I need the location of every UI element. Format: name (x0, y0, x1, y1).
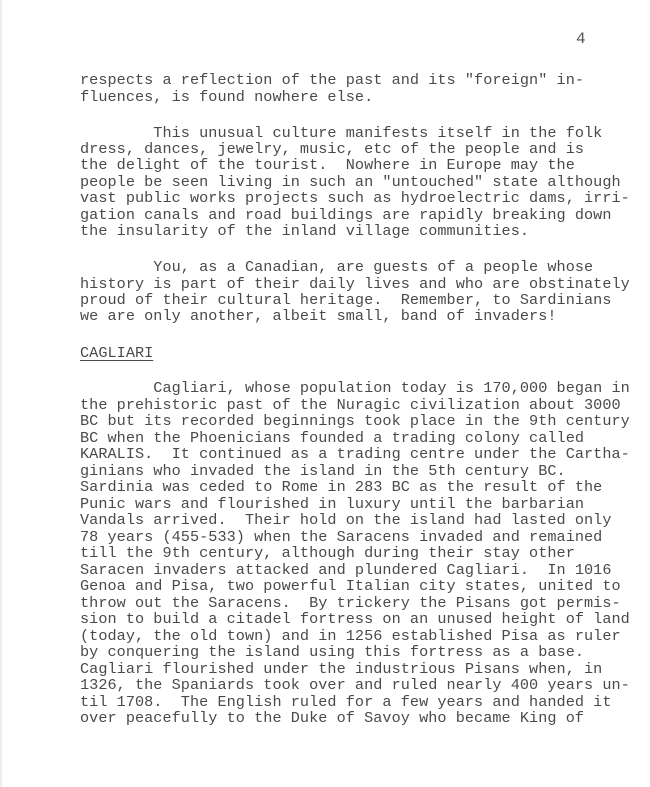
text-line: This unusual culture manifests itself in… (80, 125, 602, 141)
text-line: Saracen invaders attacked and plundered … (80, 562, 612, 578)
text-line: the prehistoric past of the Nuragic civi… (80, 397, 621, 413)
text-line: BC but its recorded beginnings took plac… (80, 413, 630, 429)
text-line: sion to build a citadel fortress on an u… (80, 611, 630, 627)
text-line: by conquering the island using this fort… (80, 644, 584, 660)
text-line: the delight of the tourist. Nowhere in E… (80, 157, 575, 173)
page-edge (0, 0, 3, 787)
text-line: You, as a Canadian, are guests of a peop… (80, 259, 593, 275)
page-number: 4 (576, 30, 586, 48)
text-line: till the 9th century, although during th… (80, 545, 575, 561)
text-line: respects a reflection of the past and it… (80, 72, 584, 88)
text-line: people be seen living in such an "untouc… (80, 174, 621, 190)
text-line: Vandals arrived. Their hold on the islan… (80, 512, 612, 528)
text-line: til 1708. The English ruled for a few ye… (80, 694, 612, 710)
text-line: Cagliari flourished under the industriou… (80, 661, 602, 677)
text-line: Genoa and Pisa, two powerful Italian cit… (80, 578, 621, 594)
text-line: 78 years (455-533) when the Saracens inv… (80, 529, 602, 545)
text-line: BC when the Phoenicians founded a tradin… (80, 430, 584, 446)
text-line: history is part of their daily lives and… (80, 276, 630, 292)
text-line: we are only another, albeit small, band … (80, 308, 557, 324)
text-line: vast public works projects such as hydro… (80, 190, 630, 206)
text-line: proud of their cultural heritage. Rememb… (80, 292, 612, 308)
section-heading-cagliari: CAGLIARI (80, 345, 153, 361)
text-line: Punic wars and flourished in luxury unti… (80, 496, 584, 512)
text-line: Cagliari, whose population today is 170,… (80, 380, 630, 396)
text-line: (today, the old town) and in 1256 establ… (80, 628, 621, 644)
text-line: over peacefully to the Duke of Savoy who… (80, 710, 584, 726)
text-line: KARALIS. It continued as a trading centr… (80, 446, 630, 462)
text-line: the insularity of the inland village com… (80, 223, 529, 239)
text-line: gation canals and road buildings are rap… (80, 207, 612, 223)
text-line: throw out the Saracens. By trickery the … (80, 595, 621, 611)
text-line: fluences, is found nowhere else. (80, 89, 373, 105)
text-line: Sardinia was ceded to Rome in 283 BC as … (80, 479, 602, 495)
text-line: ginians who invaded the island in the 5t… (80, 463, 566, 479)
text-line: 1326, the Spaniards took over and ruled … (80, 677, 630, 693)
text-line: dress, dances, jewelry, music, etc of th… (80, 141, 584, 157)
